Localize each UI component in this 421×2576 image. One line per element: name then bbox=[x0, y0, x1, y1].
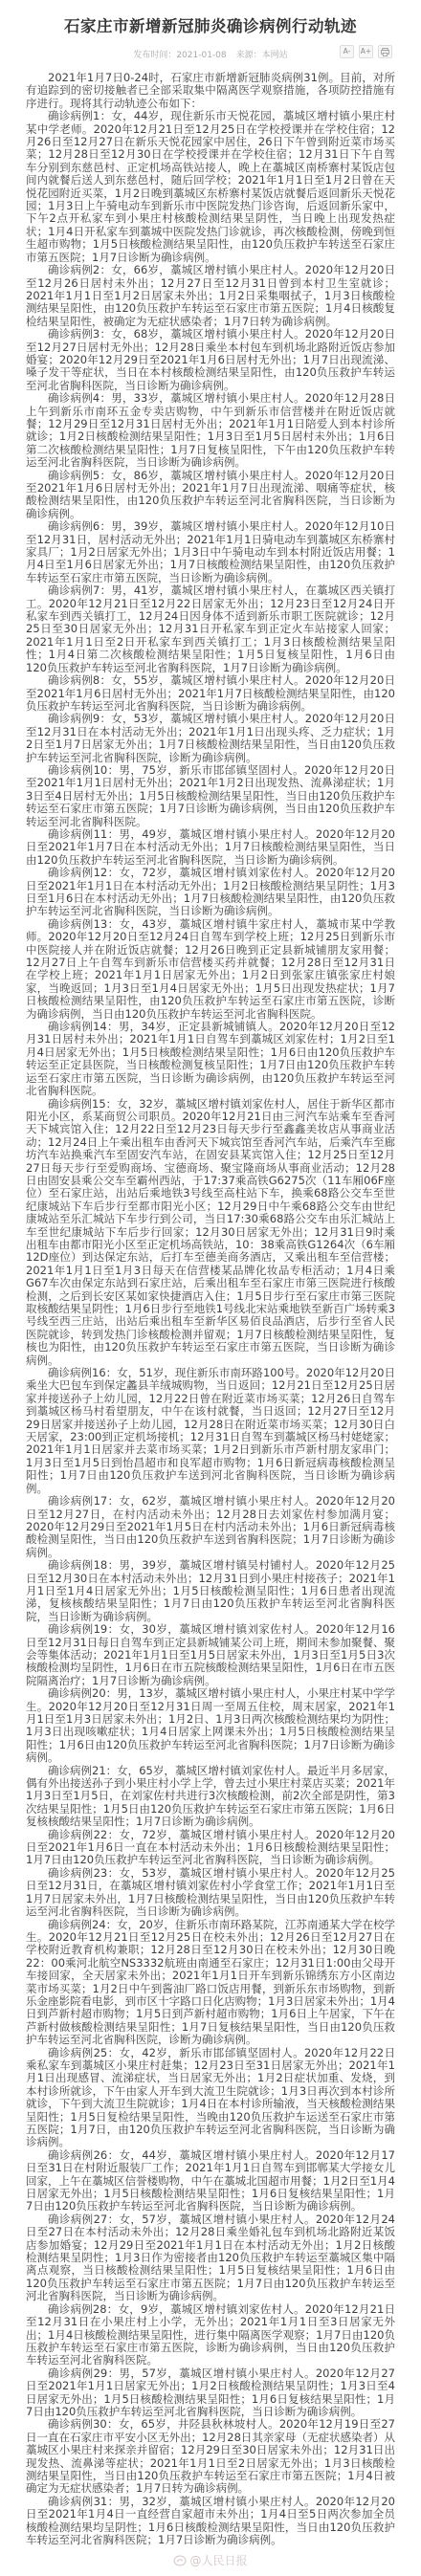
publish-label: 发布时间： bbox=[133, 51, 176, 60]
case-paragraph: 确诊病例16：女，51岁，现住新乐市南环路100号。2020年12月20日乘坐大… bbox=[26, 1367, 395, 1495]
case-paragraph: 确诊病例22：女，72岁，藁城区增村镇小果庄村人。2020年12月20日至202… bbox=[26, 1829, 395, 1867]
case-paragraph: 确诊病例30：女，65岁，井陉县秋林坡村人。2020年12月19日至27日一直在… bbox=[26, 2418, 395, 2495]
case-paragraph: 确诊病例21：女，65岁，藁城区增村镇刘家佐村人。最近半月多居家，偶有外出接送孙… bbox=[26, 1765, 395, 1829]
peoples-daily-logo-icon bbox=[173, 2555, 187, 2566]
case-paragraph: 确诊病例13：女，43岁，藁城区增村镇牛家庄村人，藁城市某中学教师。2020年1… bbox=[26, 918, 395, 1021]
case-paragraph: 确诊病例20：男，13岁，藁城区增村镇小果庄村人，小果庄村某中学学生。2020年… bbox=[26, 1687, 395, 1764]
case-list: 确诊病例1：女，44岁，现住新乐市天悦花园，藁城区增村镇小果庄村某中学老师。20… bbox=[26, 110, 395, 2546]
case-paragraph: 确诊病例24：女，20岁，住新乐市南环路某院，江苏南通某大学在校学生。2020年… bbox=[26, 1919, 395, 2047]
article-toolbar: A- A+ bbox=[340, 45, 392, 58]
publish-time: 发布时间：2021-01-08来源：本网站 bbox=[133, 45, 287, 60]
font-increase-button[interactable]: A+ bbox=[359, 45, 373, 58]
source-label: 来源： bbox=[236, 51, 262, 60]
case-paragraph: 确诊病例29：男，57岁，藁城区增村镇小果庄村人。2020年12月27日至202… bbox=[26, 2367, 395, 2419]
case-paragraph: 确诊病例9：女，53岁，藁城区增村镇小果庄村人。2020年12月20日至12月3… bbox=[26, 713, 395, 764]
case-paragraph: 确诊病例14：男，34岁，正定县新城铺镇人。2020年12月20日至12月31日… bbox=[26, 1021, 395, 1097]
case-paragraph: 确诊病例4：男，33岁，藁城区增村镇小果庄村人。2020年12月28日上午到新乐… bbox=[26, 392, 395, 469]
case-paragraph: 确诊病例8：女，55岁，藁城区增村镇小果庄村人。2020年12月20日至2021… bbox=[26, 674, 395, 713]
case-paragraph: 确诊病例10：男，75岁，新乐市邯邰镇坚固村人。2020年12月20日至2021… bbox=[26, 764, 395, 828]
page-title: 石家庄市新增新冠肺炎确诊病例行动轨迹 bbox=[26, 10, 395, 36]
case-paragraph: 确诊病例23：女，53岁，藁城区增村镇小果庄村人。2020年12月25日至12月… bbox=[26, 1867, 395, 1919]
case-paragraph: 确诊病例27：女，57岁，藁城区增村镇小果庄村人。2020年12月24日至27日… bbox=[26, 2213, 395, 2303]
case-paragraph: 确诊病例28：女，9岁，藁城区增村镇刘家佐村人。2020年12月21日至12月3… bbox=[26, 2303, 395, 2367]
case-paragraph: 确诊病例31：男，32岁，藁城区增村镇小果庄村人。2020年12月20日至202… bbox=[26, 2496, 395, 2547]
article-body: 2021年1月7日0-24时，石家庄市新增新冠肺炎病例31例。目前，对所有追踪到… bbox=[26, 72, 395, 2546]
publish-date: 2021-01-08 bbox=[176, 51, 226, 60]
intro-paragraph: 2021年1月7日0-24时，石家庄市新增新冠肺炎病例31例。目前，对所有追踪到… bbox=[26, 72, 395, 110]
watermark-text: @人民日报 bbox=[189, 2552, 247, 2568]
case-paragraph: 确诊病例17：女，62岁，藁城区增村镇小果庄村人。2020年12月20日至12月… bbox=[26, 1495, 395, 1559]
article-meta: 发布时间：2021-01-08来源：本网站 A- A+ bbox=[26, 45, 395, 60]
case-paragraph: 确诊病例5：女，86岁，藁城区增村镇小果庄村人。2020年12月20日至2021… bbox=[26, 470, 395, 521]
case-paragraph: 确诊病例11：男，49岁，藁城区增村镇小果庄村人。2020年12月20日至202… bbox=[26, 828, 395, 867]
source-value: 本网站 bbox=[262, 51, 288, 60]
case-paragraph: 确诊病例1：女，44岁，现住新乐市天悦花园，藁城区增村镇小果庄村某中学老师。20… bbox=[26, 110, 395, 264]
article-page: 石家庄市新增新冠肺炎确诊病例行动轨迹 发布时间：2021-01-08来源：本网站… bbox=[0, 0, 421, 2576]
weibo-watermark: @人民日报 bbox=[26, 2552, 395, 2568]
case-paragraph: 确诊病例2：女，66岁，藁城区增村镇小果庄村人。2020年12月20日至12月2… bbox=[26, 264, 395, 328]
case-paragraph: 确诊病例7：男，41岁，藁城区增村镇小果庄村人，在藁城区西关镇打工。2020年1… bbox=[26, 584, 395, 674]
case-paragraph: 确诊病例19：女，30岁，藁城区增村镇刘家佐村人。2020年12月16日至12月… bbox=[26, 1623, 395, 1687]
case-paragraph: 确诊病例15：女，32岁，藁城区增村镇刘家佐村人，居住于新华区都市阳光小区，系某… bbox=[26, 1098, 395, 1368]
case-paragraph: 确诊病例18：男，39岁，藁城区增村镇吴村铺村人。2020年12月25日至12月… bbox=[26, 1559, 395, 1623]
print-icon[interactable] bbox=[378, 45, 392, 58]
case-paragraph: 确诊病例26：女，44岁，藁城区增村镇小果庄村人。2020年12月17日至31日… bbox=[26, 2149, 395, 2213]
case-paragraph: 确诊病例12：女，72岁，藁城区增村镇刘家佐村人。2020年12月20日至202… bbox=[26, 867, 395, 918]
case-paragraph: 确诊病例25：女，42岁，新乐市邯邰镇坚固村人。2020年12月22日乘私家车到… bbox=[26, 2047, 395, 2149]
case-paragraph: 确诊病例3：女，68岁，藁城区增村镇小果庄村人。2020年12月20日至12月2… bbox=[26, 328, 395, 392]
case-paragraph: 确诊病例6：男，39岁，藁城区增村镇小果庄村人。2020年12月10日至12月3… bbox=[26, 520, 395, 584]
font-decrease-button[interactable]: A- bbox=[340, 45, 354, 58]
